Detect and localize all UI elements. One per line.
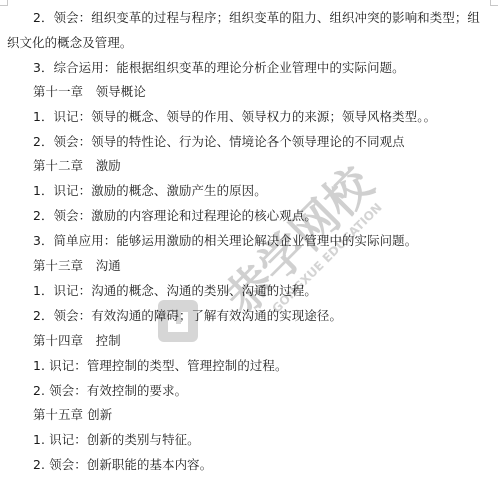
outline-item-continuation: 织文化的概念及管理。 bbox=[7, 35, 132, 51]
chapter-heading: 第十四章 控制 bbox=[33, 333, 121, 349]
outline-item: 1. 识记：管理控制的类型、管理控制的过程。 bbox=[33, 358, 287, 374]
page-corner-mark-left bbox=[0, 0, 8, 6]
outline-item: 2．领会：激励的内容理论和过程理论的核心观点。 bbox=[33, 208, 317, 224]
outline-item: 3．综合运用：能根据组织变革的理论分析企业管理中的实际问题。 bbox=[33, 60, 405, 76]
page-corner-mark-right bbox=[490, 0, 498, 6]
outline-item: 1．识记：沟通的概念、沟通的类别、沟通的过程。 bbox=[33, 283, 317, 299]
outline-item: 2. 领会：创新职能的基本内容。 bbox=[33, 457, 212, 473]
outline-item: 1．识记：领导的概念、领导的作用、领导权力的来源；领导风格类型。。 bbox=[33, 109, 436, 125]
chapter-heading: 第十二章 激励 bbox=[33, 158, 121, 174]
outline-item: 1. 识记：创新的类别与特征。 bbox=[33, 432, 200, 448]
outline-item: 3．简单应用：能够运用激励的相关理论解决企业管理中的实际问题。 bbox=[33, 233, 417, 249]
chapter-heading: 第十一章 领导概论 bbox=[33, 84, 146, 100]
chapter-heading: 第十三章 沟通 bbox=[33, 258, 121, 274]
outline-item: 1．识记：激励的概念、激励产生的原因。 bbox=[33, 183, 267, 199]
outline-item: 2．领会：领导的特性论、行为论、情境论各个领导理论的不同观点 bbox=[33, 134, 405, 150]
outline-item: 2．领会：有效沟通的障碍；了解有效沟通的实现途径。 bbox=[33, 308, 342, 324]
outline-item: 2．领会：组织变革的过程与程序；组织变革的阻力、组织冲突的影响和类型；组 bbox=[33, 10, 480, 26]
outline-item: 2. 领会：有效控制的要求。 bbox=[33, 383, 187, 399]
chapter-heading: 第十五章 创新 bbox=[33, 407, 112, 423]
